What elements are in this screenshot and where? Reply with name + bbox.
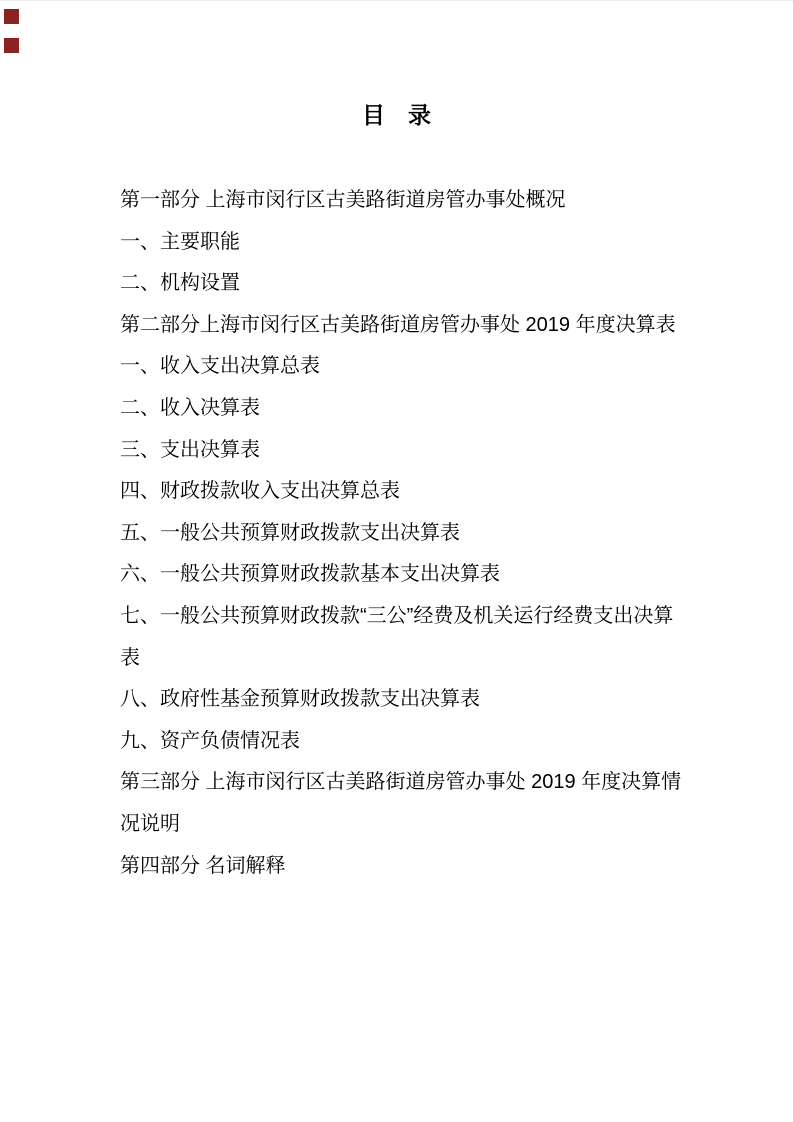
document-page: 目 录 第一部分 上海市闵行区古美路街道房管办事处概况 一、主要职能 二、机构设… (0, 0, 793, 1122)
toc-line-table1: 一、收入支出决算总表 (120, 346, 730, 388)
table-of-contents: 第一部分 上海市闵行区古美路街道房管办事处概况 一、主要职能 二、机构设置 第二… (120, 180, 730, 887)
toc-line-table8: 八、政府性基金预算财政拨款支出决算表 (120, 679, 730, 721)
toc-line-table4: 四、财政拨款收入支出决算总表 (120, 471, 730, 513)
toc-line-table3: 三、支出决算表 (120, 430, 730, 472)
toc-line-table6: 六、一般公共预算财政拨款基本支出决算表 (120, 554, 730, 596)
toc-line-table7: 七、一般公共预算财政拨款“三公”经费及机关运行经费支出决算 (120, 596, 730, 638)
toc-line-part3: 第三部分 上海市闵行区古美路街道房管办事处 2019 年度决算情 (120, 762, 730, 804)
toc-line-part1: 第一部分 上海市闵行区古美路街道房管办事处概况 (120, 180, 730, 222)
toc-line-table9: 九、资产负债情况表 (120, 721, 730, 763)
red-square-marker-2 (4, 38, 19, 53)
red-square-marker-1 (4, 9, 19, 24)
toc-line-table7-wrap: 表 (120, 638, 730, 680)
toc-line-table5: 五、一般公共预算财政拨款支出决算表 (120, 513, 730, 555)
toc-line-item1: 一、主要职能 (120, 222, 730, 264)
toc-line-part4: 第四部分 名词解释 (120, 846, 730, 888)
toc-line-part3-wrap: 况说明 (120, 804, 730, 846)
toc-line-item2: 二、机构设置 (120, 263, 730, 305)
toc-line-table2: 二、收入决算表 (120, 388, 730, 430)
page-title: 目 录 (0, 98, 793, 132)
toc-line-part2: 第二部分上海市闵行区古美路街道房管办事处 2019 年度决算表 (120, 305, 730, 347)
